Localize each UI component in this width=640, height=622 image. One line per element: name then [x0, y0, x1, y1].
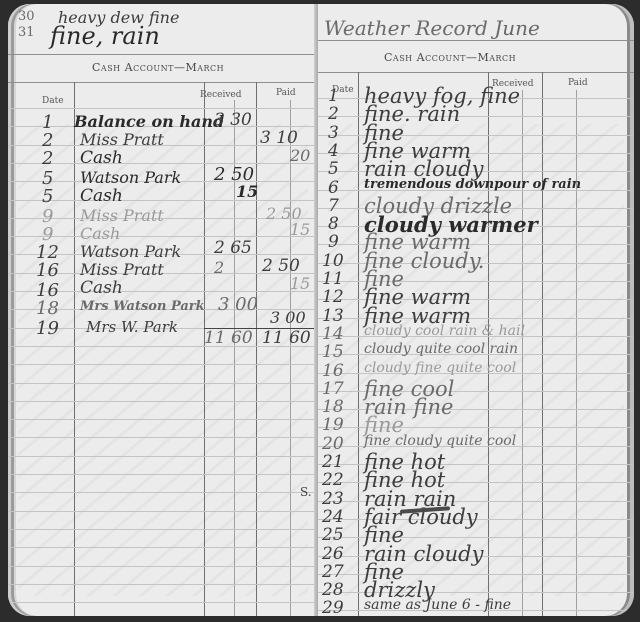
- col-header-received: Received: [200, 90, 242, 100]
- col-header-date: Date: [42, 96, 64, 106]
- left-page: 30 heavy dew fine 31 fine, rain Cash Acc…: [8, 4, 318, 616]
- weather-entry-date: 13: [322, 308, 344, 325]
- weather-entry-date: 18: [322, 399, 344, 416]
- bleed-through-texture: [18, 124, 308, 596]
- weather-entry-date: 17: [322, 381, 344, 398]
- ruled-line: [8, 419, 318, 420]
- entry-description: Watson Park: [80, 170, 181, 186]
- ruled-line: [8, 200, 318, 201]
- weather-entry-text: cloudy fine quite cool: [364, 361, 516, 375]
- ruled-line: [8, 108, 318, 109]
- weather-entry-date: 23: [322, 491, 344, 508]
- weather-entry-date: 27: [322, 564, 344, 581]
- weather-entry-date: 20: [322, 436, 344, 453]
- weather-entry-date: 3: [328, 125, 339, 142]
- entry-date: 16: [36, 262, 59, 280]
- ruled-line: [8, 492, 318, 493]
- entry-date: 18: [36, 300, 59, 318]
- weather-entry-date: 28: [322, 582, 344, 599]
- weather-entry-date: 29: [322, 600, 344, 616]
- entry-paid: 3 00: [270, 310, 306, 326]
- weather-entry-date: 9: [328, 234, 339, 251]
- ruled-line: [8, 364, 318, 365]
- entry-received: 3 00: [218, 296, 258, 314]
- ruled-line: [8, 474, 318, 475]
- entry-received: 2: [214, 260, 224, 276]
- weather-entry-date: 25: [322, 527, 344, 544]
- weather-entry-text: cloudy quite cool rain: [364, 342, 518, 356]
- weather-entry-date: 10: [322, 253, 344, 270]
- weather-entry-date: 19: [322, 417, 344, 434]
- page-heading: Cash Account—March: [384, 51, 516, 64]
- top-note-line-2: fine, rain: [50, 24, 160, 48]
- column-header-rule-top: [8, 82, 318, 83]
- col-header-paid: Paid: [276, 88, 296, 98]
- entry-description: Miss Pratt: [80, 208, 164, 224]
- weather-entry-date: 21: [322, 454, 344, 471]
- total-paid: 11 60: [262, 330, 311, 347]
- entry-paid: 2 50: [262, 258, 300, 275]
- weather-entry-date: 8: [328, 216, 339, 233]
- weather-entry-text: same as June 6 - fine: [364, 598, 511, 612]
- entry-description: Cash: [80, 150, 123, 167]
- entry-description: Mrs Watson Park: [80, 300, 205, 313]
- entry-received: 3 30: [214, 112, 252, 129]
- weather-entry-date: 1: [328, 88, 339, 105]
- weather-entry-date: 24: [322, 509, 344, 526]
- weather-entry-date: 16: [322, 363, 344, 380]
- ruled-line: [8, 529, 318, 530]
- ruled-line: [8, 437, 318, 438]
- entry-paid: 20: [290, 148, 310, 164]
- entry-description: Balance on hand: [74, 114, 224, 130]
- weather-entry-text: cloudy cool rain & hail: [364, 324, 525, 338]
- ruled-line: [8, 401, 318, 402]
- entry-received: 2 65: [214, 240, 252, 257]
- weather-entry-date: 7: [328, 198, 339, 215]
- entry-description: Mrs W. Park: [86, 320, 178, 335]
- top-note-date-30: 30: [18, 10, 35, 23]
- column-header-rule-top: [318, 72, 634, 73]
- weather-entry-date: 2: [328, 106, 339, 123]
- page-heading: Cash Account—March: [92, 61, 224, 74]
- weather-entry-date: 5: [328, 161, 339, 178]
- weather-entry-date: 22: [322, 472, 344, 489]
- ruled-line: [8, 163, 318, 164]
- entry-received: 15: [236, 184, 258, 200]
- top-note-weather-record: Weather Record June: [324, 18, 540, 38]
- margin-mark: S.: [300, 486, 312, 498]
- entry-paid: 15: [290, 276, 310, 292]
- ruled-line: [8, 511, 318, 512]
- ruled-line: [8, 383, 318, 384]
- right-page: Weather Record June Cash Account—March D…: [318, 4, 634, 616]
- ruled-line: [8, 602, 318, 603]
- total-received: 11 60: [204, 330, 253, 347]
- ruled-line: [8, 236, 318, 237]
- header-rule: [8, 54, 318, 55]
- ruled-line: [8, 456, 318, 457]
- weather-entry-text: tremendous downpour of rain: [364, 178, 581, 191]
- top-note-date-31: 31: [18, 26, 35, 39]
- weather-entry-date: 12: [322, 289, 344, 306]
- entry-paid: 15: [290, 222, 310, 238]
- entry-date: 19: [36, 320, 59, 338]
- ruled-line: [8, 566, 318, 567]
- weather-entry-date: 11: [322, 271, 344, 288]
- entry-date: 5: [42, 188, 53, 206]
- entry-date: 2: [42, 150, 53, 168]
- weather-entry-date: 14: [322, 326, 344, 343]
- weather-entry-date: 15: [322, 344, 344, 361]
- entry-description: Miss Pratt: [80, 132, 164, 148]
- entry-description: Cash: [80, 280, 123, 297]
- column-divider: [290, 100, 291, 616]
- open-notebook: 30 heavy dew fine 31 fine, rain Cash Acc…: [0, 0, 640, 622]
- entry-description: Watson Park: [80, 244, 181, 260]
- weather-entry-date: 6: [328, 180, 339, 197]
- weather-entry-date: 4: [328, 143, 339, 160]
- entry-description: Miss Pratt: [80, 262, 164, 278]
- ruled-line: [8, 584, 318, 585]
- entry-paid: 3 10: [260, 130, 298, 147]
- entry-description: Cash: [80, 226, 120, 242]
- entry-description: Cash: [80, 188, 123, 205]
- header-rule: [318, 40, 634, 41]
- weather-entry-text: fine cloudy quite cool: [364, 434, 516, 448]
- col-header-paid: Paid: [568, 78, 588, 88]
- ruled-line: [8, 547, 318, 548]
- weather-entry-date: 26: [322, 546, 344, 563]
